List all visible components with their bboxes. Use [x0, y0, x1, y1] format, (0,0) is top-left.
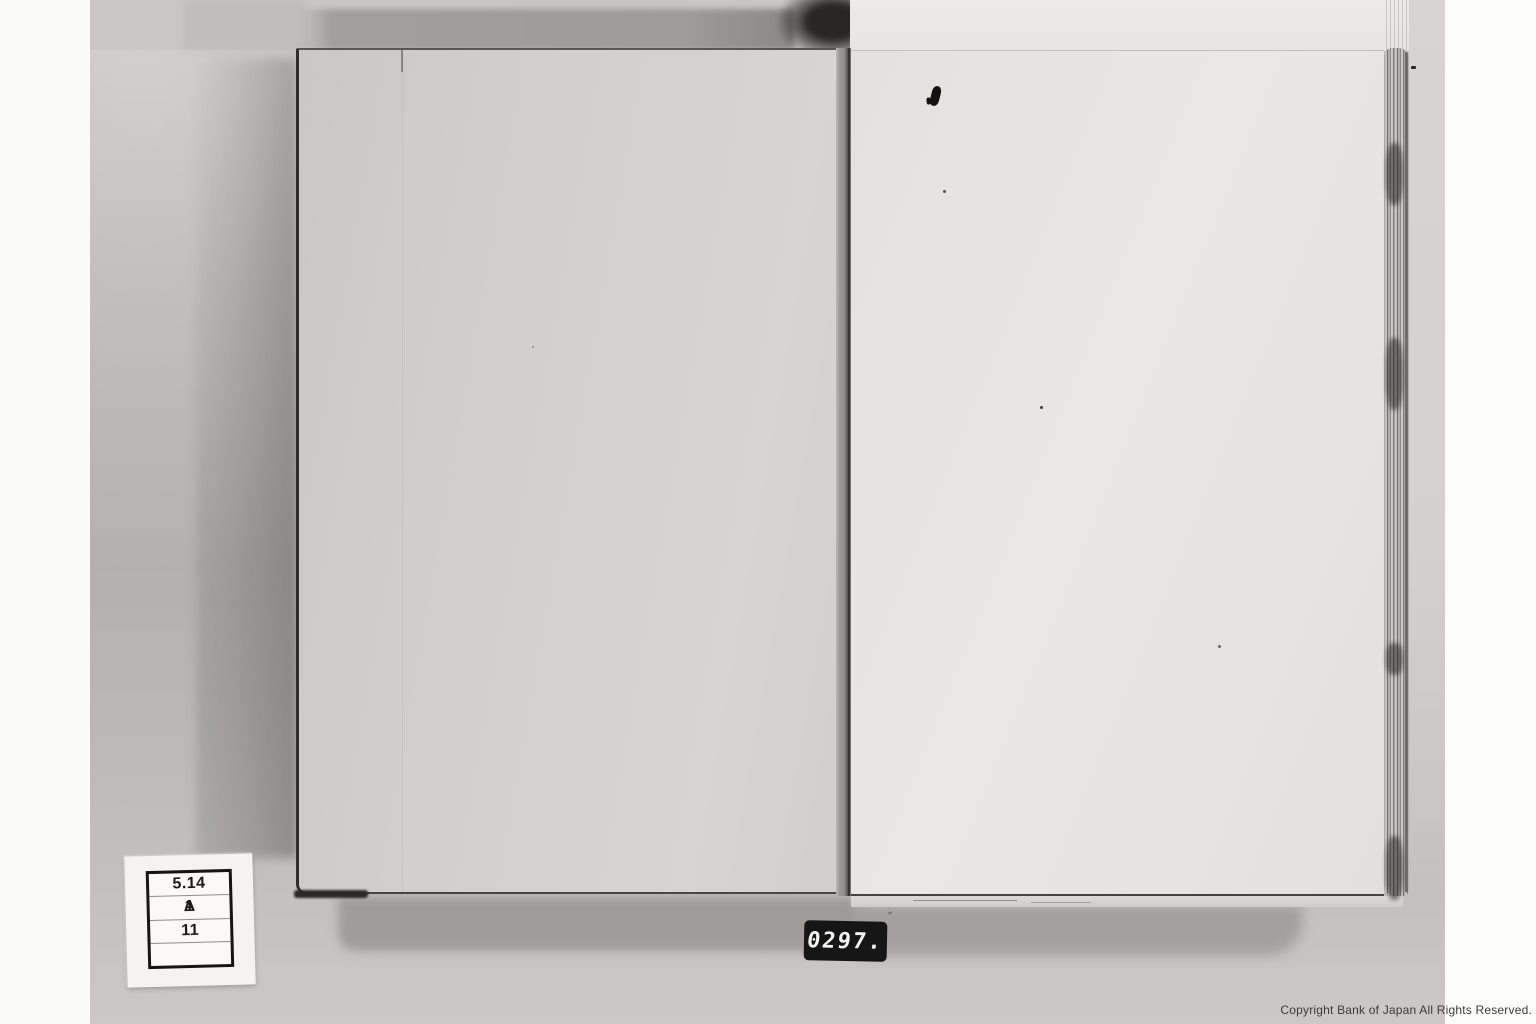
- fore-edge-top-lines: [1386, 0, 1408, 51]
- cover-corner-smudge: [294, 890, 368, 898]
- ink-mark: [929, 85, 943, 107]
- left-page: [296, 48, 836, 894]
- speck: [1218, 645, 1221, 648]
- fore-edge-page-stack: [1384, 48, 1409, 896]
- photograph: 5.14 A 1 11 0297. Copyright Bank of Japa…: [0, 0, 1536, 1024]
- flyleaf-corner-mark: [401, 50, 403, 72]
- book-gutter: [836, 48, 851, 896]
- fore-edge-smudge: [1386, 143, 1403, 205]
- right-page: [851, 50, 1384, 896]
- top-shadow-panel: [184, 0, 306, 50]
- right-page-top-edges: [850, 0, 1445, 52]
- archive-label-table: 5.14 A 1 11: [146, 869, 235, 969]
- label-series-number: 1: [185, 898, 195, 916]
- fore-edge-smudge: [1386, 338, 1403, 410]
- archive-label: 5.14 A 1 11: [124, 853, 255, 987]
- top-shadow-band: [298, 9, 794, 50]
- page-edge-streak: [1031, 902, 1091, 903]
- cover-edge-strip: [1409, 0, 1445, 912]
- label-volume-number: 11: [181, 921, 199, 939]
- frame-counter: 0297.: [804, 920, 888, 962]
- page-edge-streak: [913, 900, 1017, 901]
- right-film-border: [1445, 0, 1536, 1024]
- left-film-border: [0, 0, 90, 1024]
- frame-counter-digits: 0297.: [806, 928, 886, 955]
- fore-edge-smudge: [1386, 836, 1403, 900]
- archive-label-row-3: 11: [150, 918, 231, 943]
- shadow-left-of-book: [196, 58, 298, 858]
- shadow-below-left-page: [338, 897, 854, 951]
- speck: [532, 346, 534, 348]
- page-edge-sliver: [851, 896, 1403, 907]
- archive-label-row-4: [151, 942, 232, 966]
- archive-label-row-1: 5.14: [149, 872, 230, 897]
- archive-label-row-2: A 1: [149, 895, 230, 920]
- speck: [1411, 66, 1416, 69]
- speck: [1040, 406, 1043, 409]
- copyright-notice: Copyright Bank of Japan All Rights Reser…: [1280, 1003, 1532, 1017]
- fore-edge-smudge: [1386, 643, 1403, 675]
- label-call-number: 5.14: [172, 875, 206, 894]
- flyleaf-crease: [402, 50, 403, 892]
- shadow-below-right-page: [851, 905, 1303, 955]
- speck: [943, 190, 946, 193]
